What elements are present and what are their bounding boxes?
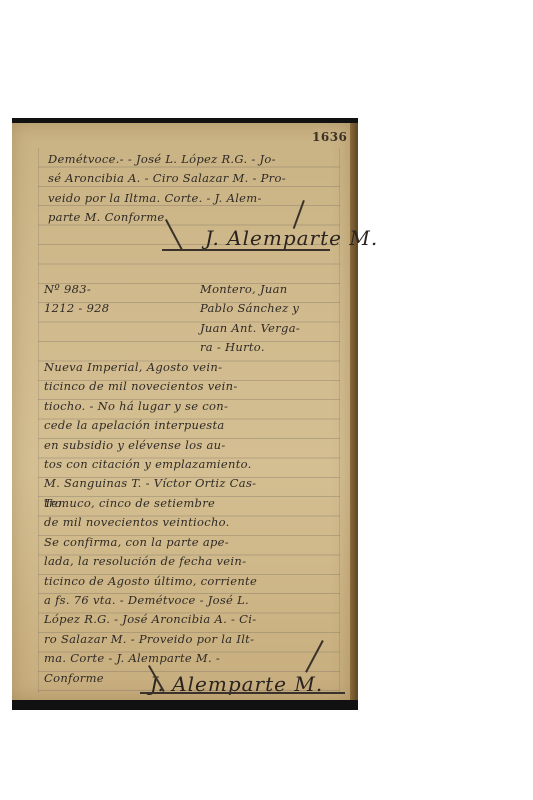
- signature-underline: [140, 692, 345, 694]
- book-spine: [350, 123, 358, 700]
- case-code: 1212 - 928: [44, 299, 109, 318]
- text-line: Se confirma, con la parte ape-: [44, 533, 257, 552]
- signature-underline: [162, 249, 330, 251]
- case-number: Nº 983-: [44, 280, 109, 299]
- text-line: M. Sanguinas T. - Víctor Ortiz Cas-: [44, 474, 256, 493]
- text-line: ticinco de mil novecientos vein-: [44, 377, 256, 396]
- party-line: Juan Ant. Verga-: [200, 319, 300, 338]
- entry-top-text: Demétvoce.- - José L. López R.G. - Jo- s…: [48, 150, 286, 228]
- party-line: Montero, Juan: [200, 280, 300, 299]
- text-line: lada, la resolución de fecha vein-: [44, 552, 257, 571]
- appeal-ruling-text: Temuco, cinco de setiembre de mil noveci…: [44, 494, 257, 688]
- text-line: Nueva Imperial, Agosto vein-: [44, 358, 256, 377]
- text-line: Temuco, cinco de setiembre: [44, 494, 257, 513]
- entry-parties: Montero, Juan Pablo Sánchez y Juan Ant. …: [200, 280, 300, 358]
- text-line: Demétvoce.- - José L. López R.G. - Jo-: [48, 150, 286, 169]
- text-line: sé Aroncibia A. - Ciro Salazar M. - Pro-: [48, 169, 286, 188]
- text-line: de mil novecientos veintiocho.: [44, 513, 257, 532]
- entry-number: Nº 983- 1212 - 928: [44, 280, 109, 319]
- text-line: López R.G. - José Aroncibia A. - Ci-: [44, 610, 257, 629]
- party-line: ra - Hurto.: [200, 338, 300, 357]
- text-line: en subsidio y elévense los au-: [44, 436, 256, 455]
- party-line: Pablo Sánchez y: [200, 299, 300, 318]
- folio-number: 1636: [312, 130, 347, 144]
- text-line: ro Salazar M. - Proveido por la Ilt-: [44, 630, 257, 649]
- text-line: cede la apelación interpuesta: [44, 416, 256, 435]
- text-line: tos con citación y emplazamiento.: [44, 455, 256, 474]
- text-line: tiocho. - No há lugar y se con-: [44, 397, 256, 416]
- signature: J. Alemparte M.: [205, 226, 378, 250]
- text-line: ma. Corte - J. Alemparte M. -: [44, 649, 257, 668]
- text-line: ticinco de Agosto último, corriente: [44, 572, 257, 591]
- resolution-text: Nueva Imperial, Agosto vein- ticinco de …: [44, 358, 256, 513]
- text-line: a fs. 76 vta. - Demétvoce - José L.: [44, 591, 257, 610]
- text-line: veido por la Iltma. Corte. - J. Alem-: [48, 189, 286, 208]
